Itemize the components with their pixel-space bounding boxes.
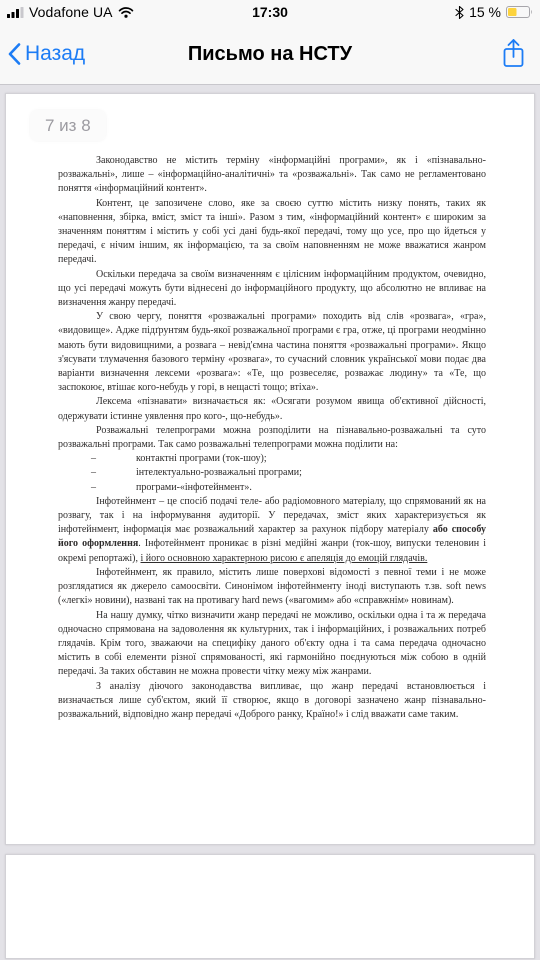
page-title: Письмо на НСТУ: [188, 43, 352, 66]
list-dash-marker: –: [91, 452, 96, 466]
status-bar: Vodafone UA 17:30 15 %: [0, 0, 540, 24]
screen: Vodafone UA 17:30 15 % Наз: [0, 0, 540, 960]
doc-paragraph: З аналізу діючого законодавства випливає…: [58, 680, 486, 723]
doc-text-segment: контактні програми (ток-шоу);: [136, 453, 267, 464]
doc-text-segment: Розважальні телепрограми можна розподіли…: [58, 425, 486, 450]
signal-bars-icon: [7, 7, 24, 18]
doc-paragraph: У свою чергу, поняття «розважальні прогр…: [58, 310, 486, 395]
document-page-8: [5, 854, 535, 959]
doc-text-segment: У свою чергу, поняття «розважальні прогр…: [58, 311, 486, 393]
doc-list-item: –інтелектуально-розважальні програми;: [58, 466, 486, 480]
doc-text-segment: Контент, це запозичене слово, яке за сво…: [58, 198, 486, 266]
wifi-icon: [118, 6, 134, 18]
clock-label: 17:30: [252, 4, 288, 20]
doc-text-segment: Законодавство не містить терміну «інформ…: [58, 155, 486, 194]
doc-paragraph: Інфотейнмент, як правило, містить лише п…: [58, 566, 486, 609]
share-button[interactable]: [501, 24, 526, 84]
document-text: Законодавство не містить терміну «інформ…: [6, 94, 534, 722]
share-icon: [501, 38, 526, 70]
doc-paragraph: Інфотейнмент – це спосіб подачі теле- аб…: [58, 495, 486, 566]
doc-text-segment: і його основною характерною рисою є апел…: [141, 553, 428, 564]
doc-text-segment: Інфотейнмент, як правило, містить лише п…: [58, 567, 486, 606]
status-left: Vodafone UA: [7, 4, 252, 20]
doc-paragraph: Законодавство не містить терміну «інформ…: [58, 154, 486, 197]
page-indicator: 7 из 8: [30, 110, 106, 141]
status-right: 15 %: [288, 4, 533, 20]
doc-text-segment: інтелектуально-розважальні програми;: [136, 467, 302, 478]
nav-bar: Назад Письмо на НСТУ: [0, 24, 540, 85]
chevron-left-icon: [8, 43, 21, 65]
doc-paragraph: Контент, це запозичене слово, яке за сво…: [58, 197, 486, 268]
battery-icon: [506, 6, 533, 18]
list-dash-marker: –: [91, 481, 96, 495]
doc-paragraph: На нашу думку, чітко визначити жанр пере…: [58, 609, 486, 680]
doc-list-item: –програми-«інфотейнмент».: [58, 481, 486, 495]
doc-text-segment: програми-«інфотейнмент».: [136, 482, 252, 493]
back-button-label: Назад: [25, 42, 85, 66]
doc-text-segment: Оскільки передача за своїм визначенням є…: [58, 269, 486, 308]
doc-text-segment: З аналізу діючого законодавства випливає…: [58, 681, 486, 720]
bluetooth-icon: [455, 6, 464, 19]
doc-paragraph: Оскільки передача за своїм визначенням є…: [58, 268, 486, 311]
doc-text-segment: Лексема «пізнавати» визначається як: «Ос…: [58, 396, 486, 421]
document-viewer[interactable]: Законодавство не містить терміну «інформ…: [0, 85, 540, 960]
battery-percent-label: 15 %: [469, 4, 501, 20]
doc-list-item: –контактні програми (ток-шоу);: [58, 452, 486, 466]
doc-text-segment: На нашу думку, чітко визначити жанр пере…: [58, 610, 486, 678]
carrier-label: Vodafone UA: [29, 4, 113, 20]
document-page-7: Законодавство не містить терміну «інформ…: [5, 93, 535, 845]
doc-text-segment: Інфотейнмент – це спосіб подачі теле- аб…: [58, 496, 486, 535]
doc-paragraph: Лексема «пізнавати» визначається як: «Ос…: [58, 395, 486, 423]
back-button[interactable]: Назад: [8, 24, 85, 84]
doc-paragraph: Розважальні телепрограми можна розподіли…: [58, 424, 486, 452]
list-dash-marker: –: [91, 466, 96, 480]
